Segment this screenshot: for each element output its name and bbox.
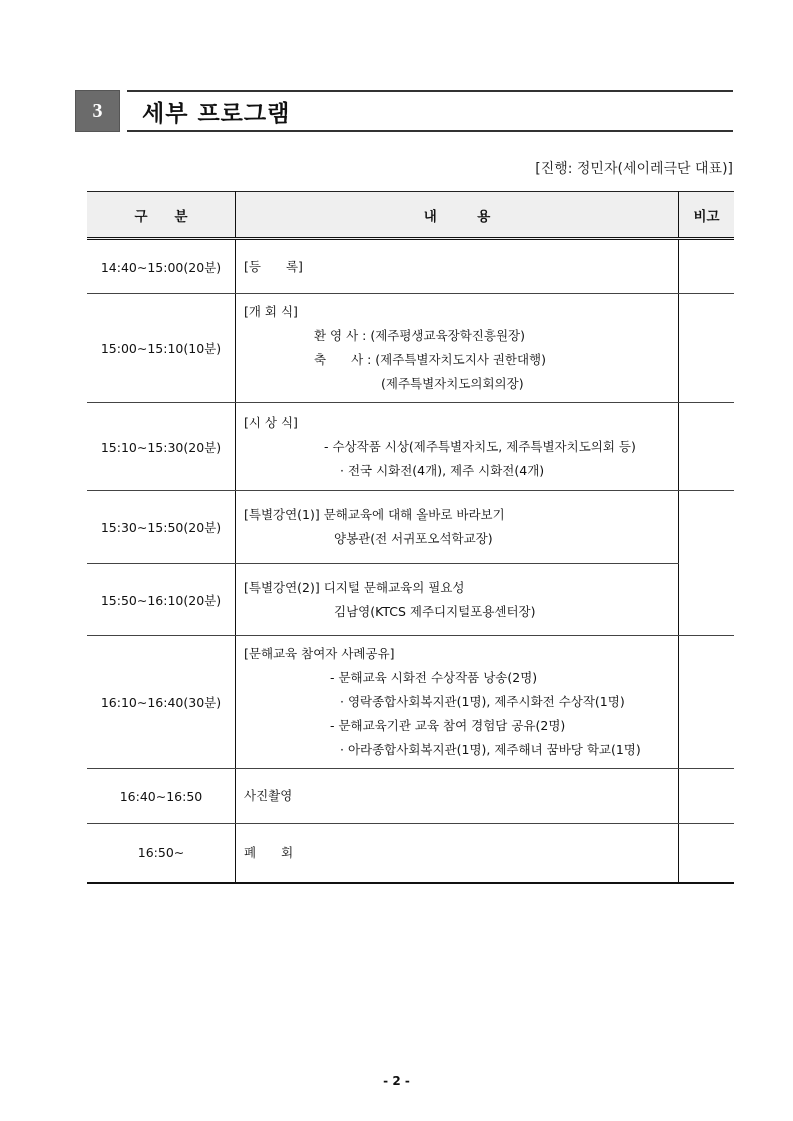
content-line: - 수상작품 시상(제주특별자치도, 제주특별자치도의회 등) bbox=[244, 435, 670, 459]
table-row: 15:30∼15:50(20분) [특별강연(1)] 문해교육에 대해 올바로 … bbox=[87, 491, 734, 564]
row-time: 16:10∼16:40(30분) bbox=[87, 636, 236, 769]
header-time: 구 분 bbox=[87, 192, 236, 239]
row-time: 15:30∼15:50(20분) bbox=[87, 491, 236, 564]
row-note bbox=[679, 294, 735, 403]
content-line: · 아라종합사회복지관(1명), 제주해녀 꿈바당 학교(1명) bbox=[244, 738, 670, 762]
content-line: 축 사 : (제주특별자치도지사 권한대행) bbox=[244, 348, 670, 372]
page-number: - 2 - bbox=[0, 1074, 793, 1088]
content-line: · 전국 시화전(4개), 제주 시화전(4개) bbox=[244, 459, 670, 483]
header-note: 비고 bbox=[679, 192, 735, 239]
table-row: 16:50∼ 폐 회 bbox=[87, 824, 734, 883]
table-row: 14:40∼15:00(20분) [등 록] bbox=[87, 239, 734, 294]
content-line: [특별강연(1)] 문해교육에 대해 올바로 바라보기 bbox=[244, 503, 670, 527]
content-line: - 문해교육 시화전 수상작품 낭송(2명) bbox=[244, 666, 670, 690]
table-row: 16:10∼16:40(30분) [문해교육 참여자 사례공유] - 문해교육 … bbox=[87, 636, 734, 769]
content-line: [개 회 식] bbox=[244, 300, 670, 324]
row-note bbox=[679, 636, 735, 769]
section-title-bar: 세부 프로그램 bbox=[127, 90, 733, 132]
row-note bbox=[679, 824, 735, 883]
row-content: 사진촬영 bbox=[236, 769, 679, 824]
row-time: 16:40∼16:50 bbox=[87, 769, 236, 824]
row-content: [특별강연(2)] 디지털 문해교육의 필요성 김남영(KTCS 제주디지털포용… bbox=[236, 564, 679, 636]
header-content: 내 용 bbox=[236, 192, 679, 239]
table-row: 15:10∼15:30(20분) [시 상 식] - 수상작품 시상(제주특별자… bbox=[87, 403, 734, 491]
program-table: 구 분 내 용 비고 14:40∼15:00(20분) [등 록] 15:00∼… bbox=[87, 191, 734, 884]
content-line: 환 영 사 : (제주평생교육장학진흥원장) bbox=[244, 324, 670, 348]
content-line: [등 록] bbox=[244, 255, 670, 279]
content-line: 사진촬영 bbox=[244, 784, 670, 808]
content-line: - 문해교육기관 교육 참여 경험담 공유(2명) bbox=[244, 714, 670, 738]
row-time: 16:50∼ bbox=[87, 824, 236, 883]
row-content: [특별강연(1)] 문해교육에 대해 올바로 바라보기 양봉관(전 서귀포오석학… bbox=[236, 491, 679, 564]
content-line: 양봉관(전 서귀포오석학교장) bbox=[244, 527, 670, 551]
row-note bbox=[679, 239, 735, 294]
row-time: 15:00∼15:10(10분) bbox=[87, 294, 236, 403]
content-line: [시 상 식] bbox=[244, 411, 670, 435]
row-content: [등 록] bbox=[236, 239, 679, 294]
content-line: (제주특별자치도의회의장) bbox=[244, 372, 670, 396]
content-line: 폐 회 bbox=[244, 841, 670, 865]
presenter-note: [진행: 정민자(세이레극단 대표)] bbox=[535, 158, 733, 178]
content-line: · 영락종합사회복지관(1명), 제주시화전 수상작(1명) bbox=[244, 690, 670, 714]
section-title: 세부 프로그램 bbox=[142, 95, 290, 128]
row-time: 15:10∼15:30(20분) bbox=[87, 403, 236, 491]
content-line: 김남영(KTCS 제주디지털포용센터장) bbox=[244, 600, 670, 624]
row-content: [개 회 식] 환 영 사 : (제주평생교육장학진흥원장) 축 사 : (제주… bbox=[236, 294, 679, 403]
row-content: 폐 회 bbox=[236, 824, 679, 883]
table-row: 15:50∼16:10(20분) [특별강연(2)] 디지털 문해교육의 필요성… bbox=[87, 564, 734, 636]
table-row: 16:40∼16:50 사진촬영 bbox=[87, 769, 734, 824]
row-content: [문해교육 참여자 사례공유] - 문해교육 시화전 수상작품 낭송(2명) ·… bbox=[236, 636, 679, 769]
section-number: 3 bbox=[75, 90, 120, 132]
table-header-row: 구 분 내 용 비고 bbox=[87, 192, 734, 239]
content-line: [특별강연(2)] 디지털 문해교육의 필요성 bbox=[244, 576, 670, 600]
table-row: 15:00∼15:10(10분) [개 회 식] 환 영 사 : (제주평생교육… bbox=[87, 294, 734, 403]
row-time: 14:40∼15:00(20분) bbox=[87, 239, 236, 294]
row-time: 15:50∼16:10(20분) bbox=[87, 564, 236, 636]
row-content: [시 상 식] - 수상작품 시상(제주특별자치도, 제주특별자치도의회 등) … bbox=[236, 403, 679, 491]
row-note bbox=[679, 769, 735, 824]
row-note bbox=[679, 403, 735, 491]
row-note-merged bbox=[679, 491, 735, 636]
content-line: [문해교육 참여자 사례공유] bbox=[244, 642, 670, 666]
